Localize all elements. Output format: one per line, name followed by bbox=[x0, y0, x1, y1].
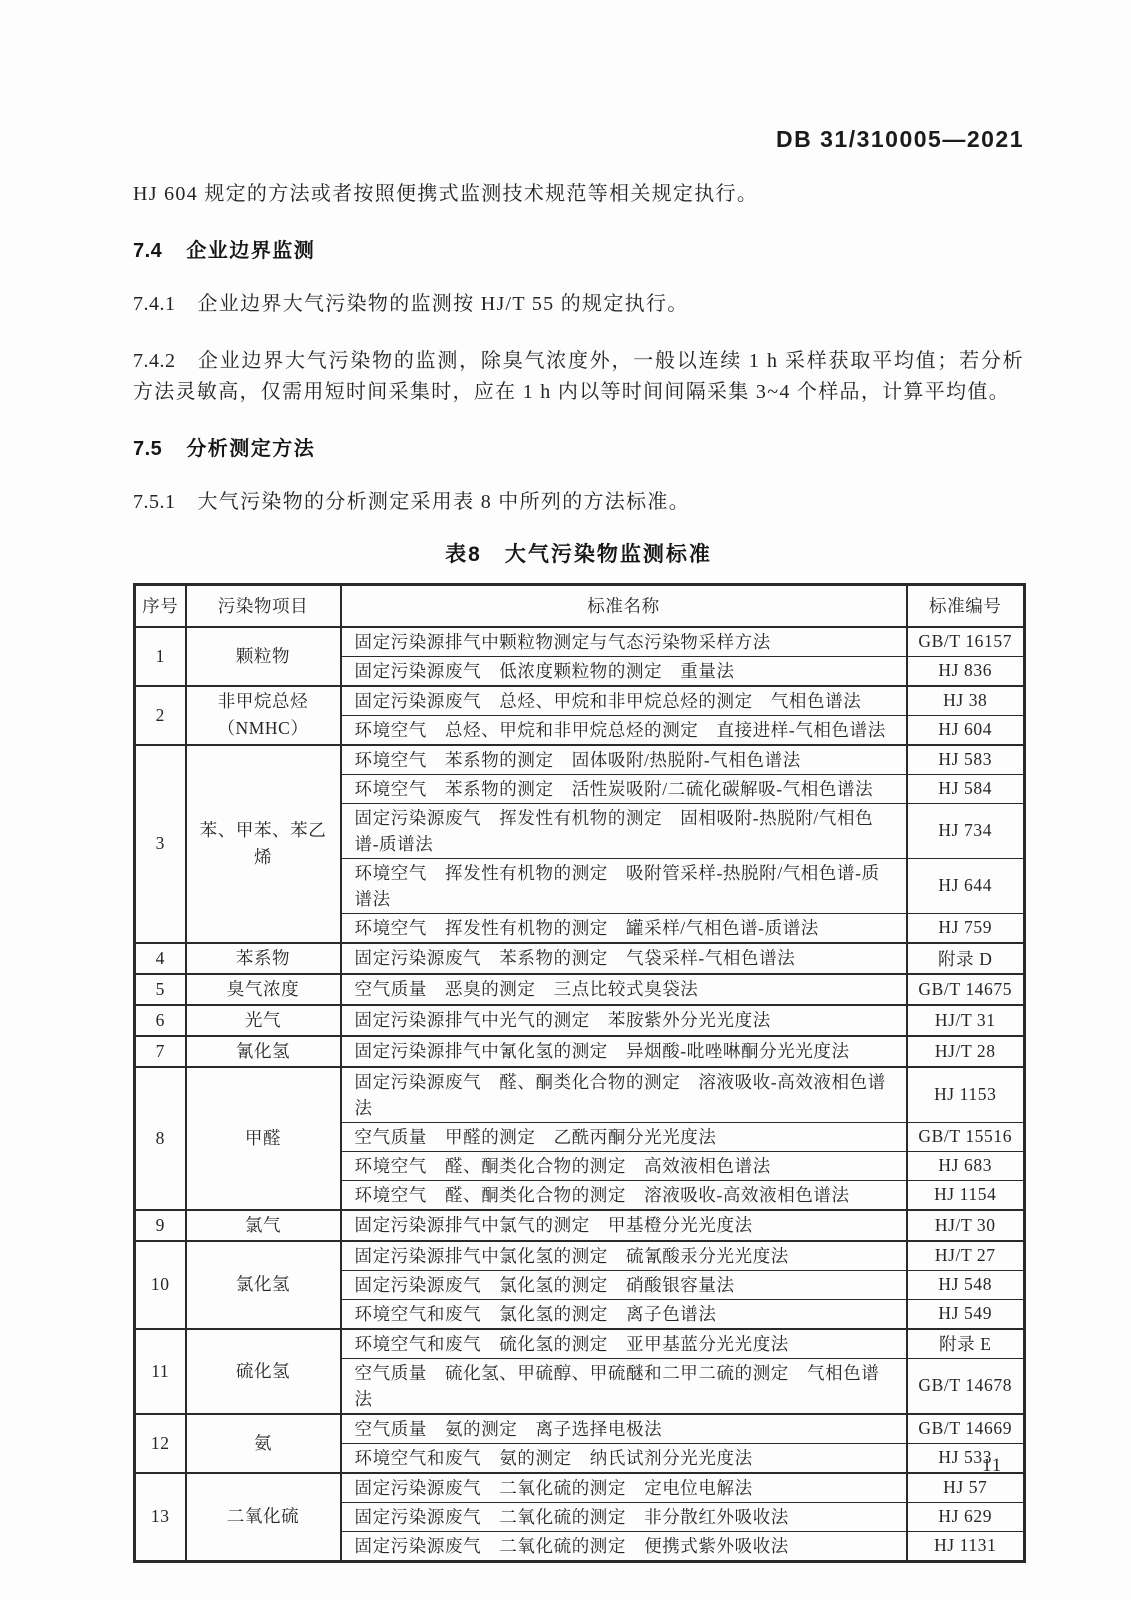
section-7-4-heading: 7.4企业边界监测 bbox=[133, 234, 1024, 263]
document-page: DB 31/310005—2021 HJ 604 规定的方法或者按照便携式监测技… bbox=[0, 0, 1131, 1600]
standard-code-cell: HJ 549 bbox=[907, 1299, 1025, 1329]
standard-code-cell: 附录 E bbox=[907, 1329, 1025, 1359]
standard-name-cell: 空气质量 恶臭的测定 三点比较式臭袋法 bbox=[341, 974, 907, 1005]
standard-name-cell: 固定污染源废气 二氧化硫的测定 非分散红外吸收法 bbox=[341, 1502, 907, 1531]
seq-cell: 8 bbox=[135, 1067, 186, 1210]
pollutant-cell: 非甲烷总烃（NMHC） bbox=[186, 686, 341, 745]
table-row: 10 氯化氢 固定污染源排气中氯化氢的测定 硫氰酸汞分光光度法 HJ/T 27 bbox=[135, 1241, 1025, 1271]
standard-name-cell: 环境空气 挥发性有机物的测定 吸附管采样-热脱附/气相色谱-质谱法 bbox=[341, 858, 907, 913]
standard-code-cell: GB/T 15516 bbox=[907, 1122, 1025, 1151]
pollutant-cell: 颗粒物 bbox=[186, 627, 341, 686]
seq-cell: 3 bbox=[135, 745, 186, 943]
standard-code-cell: HJ/T 28 bbox=[907, 1036, 1025, 1067]
standard-name-cell: 环境空气 总烃、甲烷和非甲烷总烃的测定 直接进样-气相色谱法 bbox=[341, 715, 907, 745]
standard-name-cell: 环境空气 苯系物的测定 固体吸附/热脱附-气相色谱法 bbox=[341, 745, 907, 775]
standard-code-cell: HJ 548 bbox=[907, 1270, 1025, 1299]
col-header-standard-name: 标准名称 bbox=[341, 585, 907, 627]
standard-name-cell: 环境空气 挥发性有机物的测定 罐采样/气相色谱-质谱法 bbox=[341, 913, 907, 943]
standard-name-cell: 固定污染源废气 低浓度颗粒物的测定 重量法 bbox=[341, 656, 907, 686]
standard-name-cell: 固定污染源废气 总烃、甲烷和非甲烷总烃的测定 气相色谱法 bbox=[341, 686, 907, 716]
table-row: 1 颗粒物 固定污染源排气中颗粒物测定与气态污染物采样方法 GB/T 16157 bbox=[135, 627, 1025, 657]
standard-name-cell: 固定污染源废气 苯系物的测定 气袋采样-气相色谱法 bbox=[341, 943, 907, 974]
col-header-pollutant: 污染物项目 bbox=[186, 585, 341, 627]
standard-code-cell: HJ 38 bbox=[907, 686, 1025, 716]
standard-code-cell: HJ 629 bbox=[907, 1502, 1025, 1531]
pollutant-cell: 硫化氢 bbox=[186, 1329, 341, 1414]
pollutant-cell: 光气 bbox=[186, 1005, 341, 1036]
standard-name-cell: 固定污染源排气中氰化氢的测定 异烟酸-吡唑啉酮分光光度法 bbox=[341, 1036, 907, 1067]
standard-name-cell: 环境空气和废气 硫化氢的测定 亚甲基蓝分光光度法 bbox=[341, 1329, 907, 1359]
standard-code-cell: HJ 644 bbox=[907, 858, 1025, 913]
standard-name-cell: 环境空气 醛、酮类化合物的测定 溶液吸收-高效液相色谱法 bbox=[341, 1180, 907, 1210]
seq-cell: 9 bbox=[135, 1210, 186, 1241]
standard-name-cell: 空气质量 氨的测定 离子选择电极法 bbox=[341, 1414, 907, 1444]
table-row: 8 甲醛 固定污染源废气 醛、酮类化合物的测定 溶液吸收-高效液相色谱法 HJ … bbox=[135, 1067, 1025, 1123]
standard-code-cell: 附录 D bbox=[907, 943, 1025, 974]
standard-name-cell: 环境空气 醛、酮类化合物的测定 高效液相色谱法 bbox=[341, 1151, 907, 1180]
standard-name-cell: 环境空气和废气 氨的测定 纳氏试剂分光光度法 bbox=[341, 1443, 907, 1473]
pollutant-cell: 甲醛 bbox=[186, 1067, 341, 1210]
clause-7-5-1: 7.5.1大气污染物的分析测定采用表 8 中所列的方法标准。 bbox=[133, 487, 1024, 518]
clause-text: 大气污染物的分析测定采用表 8 中所列的方法标准。 bbox=[198, 491, 691, 513]
standard-code-cell: HJ/T 30 bbox=[907, 1210, 1025, 1241]
pollutant-cell: 二氧化硫 bbox=[186, 1473, 341, 1562]
pollutant-cell: 苯、甲苯、苯乙烯 bbox=[186, 745, 341, 943]
pollutant-cell: 苯系物 bbox=[186, 943, 341, 974]
standard-code-cell: GB/T 14669 bbox=[907, 1414, 1025, 1444]
standard-code-cell: HJ 1154 bbox=[907, 1180, 1025, 1210]
monitoring-standards-table: 序号 污染物项目 标准名称 标准编号 1 颗粒物 固定污染源排气中颗粒物测定与气… bbox=[133, 583, 1026, 1563]
seq-cell: 6 bbox=[135, 1005, 186, 1036]
standard-code-cell: GB/T 14675 bbox=[907, 974, 1025, 1005]
standard-name-cell: 固定污染源排气中颗粒物测定与气态污染物采样方法 bbox=[341, 627, 907, 657]
table-row: 12 氨 空气质量 氨的测定 离子选择电极法 GB/T 14669 bbox=[135, 1414, 1025, 1444]
standard-name-cell: 固定污染源排气中光气的测定 苯胺紫外分光光度法 bbox=[341, 1005, 907, 1036]
standard-code-cell: GB/T 16157 bbox=[907, 627, 1025, 657]
table-row: 5 臭气浓度 空气质量 恶臭的测定 三点比较式臭袋法 GB/T 14675 bbox=[135, 974, 1025, 1005]
table-row: 11 硫化氢 环境空气和废气 硫化氢的测定 亚甲基蓝分光光度法 附录 E bbox=[135, 1329, 1025, 1359]
seq-cell: 5 bbox=[135, 974, 186, 1005]
table-row: 3 苯、甲苯、苯乙烯 环境空气 苯系物的测定 固体吸附/热脱附-气相色谱法 HJ… bbox=[135, 745, 1025, 775]
standard-name-cell: 固定污染源排气中氯化氢的测定 硫氰酸汞分光光度法 bbox=[341, 1241, 907, 1271]
seq-cell: 10 bbox=[135, 1241, 186, 1329]
pollutant-cell: 氨 bbox=[186, 1414, 341, 1473]
clause-number: 7.4.2 bbox=[133, 350, 176, 372]
standard-name-cell: 固定污染源废气 二氧化硫的测定 定电位电解法 bbox=[341, 1473, 907, 1503]
standard-code-cell: HJ 734 bbox=[907, 803, 1025, 858]
standard-code-cell: HJ 57 bbox=[907, 1473, 1025, 1503]
table-row: 4 苯系物 固定污染源废气 苯系物的测定 气袋采样-气相色谱法 附录 D bbox=[135, 943, 1025, 974]
standard-code-cell: HJ 836 bbox=[907, 656, 1025, 686]
seq-cell: 13 bbox=[135, 1473, 186, 1562]
standard-name-cell: 固定污染源废气 挥发性有机物的测定 固相吸附-热脱附/气相色谱-质谱法 bbox=[341, 803, 907, 858]
section-number: 7.5 bbox=[133, 438, 162, 460]
standard-name-cell: 固定污染源废气 二氧化硫的测定 便携式紫外吸收法 bbox=[341, 1531, 907, 1561]
standard-name-cell: 空气质量 甲醛的测定 乙酰丙酮分光光度法 bbox=[341, 1122, 907, 1151]
standard-code-cell: HJ 604 bbox=[907, 715, 1025, 745]
standard-code-cell: HJ 683 bbox=[907, 1151, 1025, 1180]
seq-cell: 11 bbox=[135, 1329, 186, 1414]
clause-text: 企业边界大气污染物的监测，除臭气浓度外，一般以连续 1 h 采样获取平均值；若分… bbox=[133, 350, 1024, 403]
clause-number: 7.4.1 bbox=[133, 293, 176, 315]
col-header-standard-code: 标准编号 bbox=[907, 585, 1025, 627]
standard-code-cell: HJ 759 bbox=[907, 913, 1025, 943]
clause-text: 企业边界大气污染物的监测按 HJ/T 55 的规定执行。 bbox=[198, 293, 689, 315]
standard-code-cell: HJ 583 bbox=[907, 745, 1025, 775]
seq-cell: 4 bbox=[135, 943, 186, 974]
standard-name-cell: 固定污染源废气 氯化氢的测定 硝酸银容量法 bbox=[341, 1270, 907, 1299]
standard-name-cell: 固定污染源排气中氯气的测定 甲基橙分光光度法 bbox=[341, 1210, 907, 1241]
table-8-caption: 表8 大气污染物监测标准 bbox=[133, 538, 1024, 568]
section-number: 7.4 bbox=[133, 240, 162, 262]
standard-code-cell: HJ 584 bbox=[907, 774, 1025, 803]
standard-code-cell: HJ 1131 bbox=[907, 1531, 1025, 1561]
clause-7-4-1: 7.4.1企业边界大气污染物的监测按 HJ/T 55 的规定执行。 bbox=[133, 289, 1024, 320]
doc-number: DB 31/310005—2021 bbox=[133, 0, 1024, 153]
seq-cell: 12 bbox=[135, 1414, 186, 1473]
table-header-row: 序号 污染物项目 标准名称 标准编号 bbox=[135, 585, 1025, 627]
standard-code-cell: HJ 533 bbox=[907, 1443, 1025, 1473]
seq-cell: 2 bbox=[135, 686, 186, 745]
standard-name-cell: 环境空气和废气 氯化氢的测定 离子色谱法 bbox=[341, 1299, 907, 1329]
table-row: 9 氯气 固定污染源排气中氯气的测定 甲基橙分光光度法 HJ/T 30 bbox=[135, 1210, 1025, 1241]
standard-code-cell: HJ 1153 bbox=[907, 1067, 1025, 1123]
pollutant-cell: 氰化氢 bbox=[186, 1036, 341, 1067]
standard-name-cell: 空气质量 硫化氢、甲硫醇、甲硫醚和二甲二硫的测定 气相色谱法 bbox=[341, 1358, 907, 1414]
seq-cell: 7 bbox=[135, 1036, 186, 1067]
table-row: 6 光气 固定污染源排气中光气的测定 苯胺紫外分光光度法 HJ/T 31 bbox=[135, 1005, 1025, 1036]
pollutant-cell: 氯气 bbox=[186, 1210, 341, 1241]
col-header-seq: 序号 bbox=[135, 585, 186, 627]
standard-name-cell: 固定污染源废气 醛、酮类化合物的测定 溶液吸收-高效液相色谱法 bbox=[341, 1067, 907, 1123]
standard-code-cell: HJ/T 27 bbox=[907, 1241, 1025, 1271]
pollutant-cell: 臭气浓度 bbox=[186, 974, 341, 1005]
table-row: 13 二氧化硫 固定污染源废气 二氧化硫的测定 定电位电解法 HJ 57 bbox=[135, 1473, 1025, 1503]
table-row: 2 非甲烷总烃（NMHC） 固定污染源废气 总烃、甲烷和非甲烷总烃的测定 气相色… bbox=[135, 686, 1025, 716]
pollutant-cell: 氯化氢 bbox=[186, 1241, 341, 1329]
clause-7-4-2: 7.4.2企业边界大气污染物的监测，除臭气浓度外，一般以连续 1 h 采样获取平… bbox=[133, 346, 1024, 408]
intro-paragraph: HJ 604 规定的方法或者按照便携式监测技术规范等相关规定执行。 bbox=[133, 179, 1024, 210]
section-title: 分析测定方法 bbox=[186, 438, 315, 460]
table-row: 7 氰化氢 固定污染源排气中氰化氢的测定 异烟酸-吡唑啉酮分光光度法 HJ/T … bbox=[135, 1036, 1025, 1067]
standard-code-cell: HJ/T 31 bbox=[907, 1005, 1025, 1036]
section-title: 企业边界监测 bbox=[186, 240, 315, 262]
section-7-5-heading: 7.5分析测定方法 bbox=[133, 432, 1024, 461]
standard-code-cell: GB/T 14678 bbox=[907, 1358, 1025, 1414]
page-number: 11 bbox=[982, 1455, 1002, 1477]
seq-cell: 1 bbox=[135, 627, 186, 686]
clause-number: 7.5.1 bbox=[133, 491, 176, 513]
standard-name-cell: 环境空气 苯系物的测定 活性炭吸附/二硫化碳解吸-气相色谱法 bbox=[341, 774, 907, 803]
